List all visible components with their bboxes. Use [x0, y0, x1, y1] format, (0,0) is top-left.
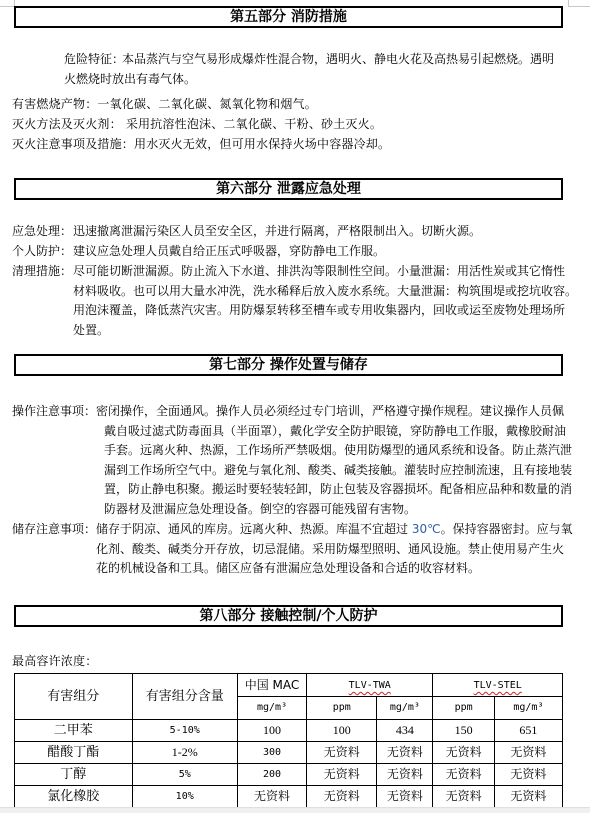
cell-twa-mg: 434: [377, 720, 433, 742]
page-margin-mark-left-h: [0, 6, 14, 7]
extinguishing-method: 灭火方法及灭火剂： 采用抗溶性泡沫、二氧化碳、干粉、砂土灭火。: [12, 115, 382, 134]
cell-content: 10%: [132, 786, 237, 808]
operation-line-6: 防器材及泄漏应急处理设备。倒空的容器可能残留有害物。: [96, 500, 572, 520]
cleanup-line-3: 用泡沫覆盖，降低蒸汽灾害。用防爆泵转移至槽车或专用收集器内，回收或运至废物处理场…: [73, 301, 577, 321]
subheader-stel-mg: mg/m³: [494, 697, 562, 720]
cell-twa-mg: 无资料: [377, 764, 433, 786]
cell-twa-ppm: 100: [307, 720, 377, 742]
header-china-mac: 中国 MAC: [237, 674, 306, 697]
storage-line-2: 化剂、酸类、碱类分开存放，切忌混储。采用防爆型照明、通风设施。禁止使用易产生火: [96, 540, 573, 560]
section7-title: 第七部分 操作处置与储存: [14, 354, 563, 376]
cell-content: 1-2%: [132, 742, 237, 764]
cell-mac: 无资料: [237, 786, 306, 808]
emergency-label: 应急处理：: [12, 222, 72, 242]
section8-title: 第八部分 接触控制/个人防护: [14, 605, 563, 627]
header-tlv-stel: TLV-STEL: [433, 674, 563, 697]
section5-title: 第五部分 消防措施: [14, 6, 563, 28]
operation-line-2: 戴自吸过滤式防毒面具（半面罩），戴化学安全防护眼镜，穿防静电工作服，戴橡胶耐油: [96, 422, 572, 442]
cell-twa-mg: 无资料: [377, 742, 433, 764]
cleanup-line-1: 尽可能切断泄漏源。防止流入下水道、排洪沟等限制性空间。小量泄漏：用活性炭或其它惰…: [73, 262, 577, 282]
subheader-mac-unit: mg/m³: [237, 697, 306, 720]
subheader-stel-ppm: ppm: [433, 697, 494, 720]
cell-stel-ppm: 无资料: [433, 764, 494, 786]
cell-mac: 200: [237, 764, 306, 786]
operation-line-4: 漏到工作场所空气中。避免与氧化剂、酸类、碱类接触。灌装时应控制流速，且有接地装: [96, 461, 572, 481]
cleanup-label: 清理措施：: [12, 262, 72, 282]
exposure-limits-table: 有害组分 有害组分含量 中国 MAC TLV-TWA TLV-STEL mg/m…: [14, 673, 563, 808]
protection-line-1: 建议应急处理人员戴自给正压式呼吸器，穿防静电工作服。: [73, 242, 385, 262]
operation-line-3: 手套。远离火种、热源，工作场所严禁吸烟。使用防爆型的通风系统和设备。防止蒸汽泄: [96, 441, 572, 461]
storage-line-3: 花的机械设备和工具。储区应备有泄漏应急处理设备和合适的收容材料。: [96, 559, 573, 579]
cleanup-line-4: 处置。: [73, 321, 577, 341]
cell-stel-mg: 无资料: [494, 742, 562, 764]
table-row: 二甲苯 5-10% 100 100 434 150 651: [15, 720, 563, 742]
cleanup-line-2: 材料吸收。也可以用大量水冲洗，洗水稀释后放入废水系统。大量泄漏：构筑围堤或挖坑收…: [73, 282, 577, 302]
cell-twa-mg: 无资料: [377, 786, 433, 808]
operation-label: 操作注意事项：: [12, 402, 96, 422]
cell-component: 丁醇: [15, 764, 133, 786]
subheader-twa-mg: mg/m³: [377, 697, 433, 720]
table-header-row: 有害组分 有害组分含量 中国 MAC TLV-TWA TLV-STEL: [15, 674, 563, 697]
cell-stel-mg: 651: [494, 720, 562, 742]
window-bottom-strip: [0, 807, 590, 813]
cell-stel-ppm: 150: [433, 720, 494, 742]
fire-precautions: 灭火注意事项及措施：用水灭火无效，但可用水保持火场中容器冷却。: [12, 135, 390, 154]
cell-mac: 100: [237, 720, 306, 742]
table-row: 氯化橡胶 10% 无资料 无资料 无资料 无资料 无资料: [15, 786, 563, 808]
cell-twa-ppm: 无资料: [307, 786, 377, 808]
cell-stel-ppm: 无资料: [433, 742, 494, 764]
cell-twa-ppm: 无资料: [307, 764, 377, 786]
header-component: 有害组分: [15, 674, 133, 720]
operation-line-1: 密闭操作，全面通风。操作人员必须经过专门培训，严格遵守操作规程。建议操作人员佩: [96, 402, 572, 422]
combustion-products: 有害燃烧产物：一氧化碳、二氧化碳、氮氧化物和烟气。: [12, 95, 317, 114]
cell-stel-mg: 无资料: [494, 786, 562, 808]
cell-twa-ppm: 无资料: [307, 742, 377, 764]
emergency-line-1: 迅速撤离泄漏污染区人员至安全区，并进行隔离，严格限制出入。切断火源。: [73, 222, 481, 242]
cell-stel-ppm: 无资料: [433, 786, 494, 808]
header-tlv-twa: TLV-TWA: [307, 674, 433, 697]
subheader-twa-ppm: ppm: [307, 697, 377, 720]
storage-temperature: 30℃: [412, 522, 441, 536]
table-row: 丁醇 5% 200 无资料 无资料 无资料 无资料: [15, 764, 563, 786]
storage-line-1: 储存于阴凉、通风的库房。远离火种、热源。库温不宜超过 30℃。保持容器密封。应与…: [96, 520, 573, 540]
cell-content: 5%: [132, 764, 237, 786]
hazard-line-2: 火燃烧时放出有毒气体。: [64, 70, 554, 90]
table-row: 醋酸丁酯 1-2% 300 无资料 无资料 无资料 无资料: [15, 742, 563, 764]
cell-mac: 300: [237, 742, 306, 764]
cell-stel-mg: 无资料: [494, 764, 562, 786]
operation-line-5: 置，防止静电积聚。搬运时要轻装轻卸，防止包装及容器损坏。配备相应品种和数量的消: [96, 480, 572, 500]
cell-component: 醋酸丁酯: [15, 742, 133, 764]
protection-label: 个人防护：: [12, 242, 72, 262]
max-concentration-label: 最高容许浓度：: [12, 652, 97, 671]
cell-content: 5-10%: [132, 720, 237, 742]
storage-label: 储存注意事项：: [12, 520, 96, 540]
section6-title: 第六部分 泄露应急处理: [14, 178, 563, 200]
cell-component: 二甲苯: [15, 720, 133, 742]
hazard-line-1: 本品蒸汽与空气易形成爆炸性混合物，遇明火、静电火花及高热易引起燃烧。遇明: [64, 50, 554, 70]
cell-component: 氯化橡胶: [15, 786, 133, 808]
page-margin-mark-right-h: [568, 6, 590, 7]
header-content: 有害组分含量: [132, 674, 237, 720]
